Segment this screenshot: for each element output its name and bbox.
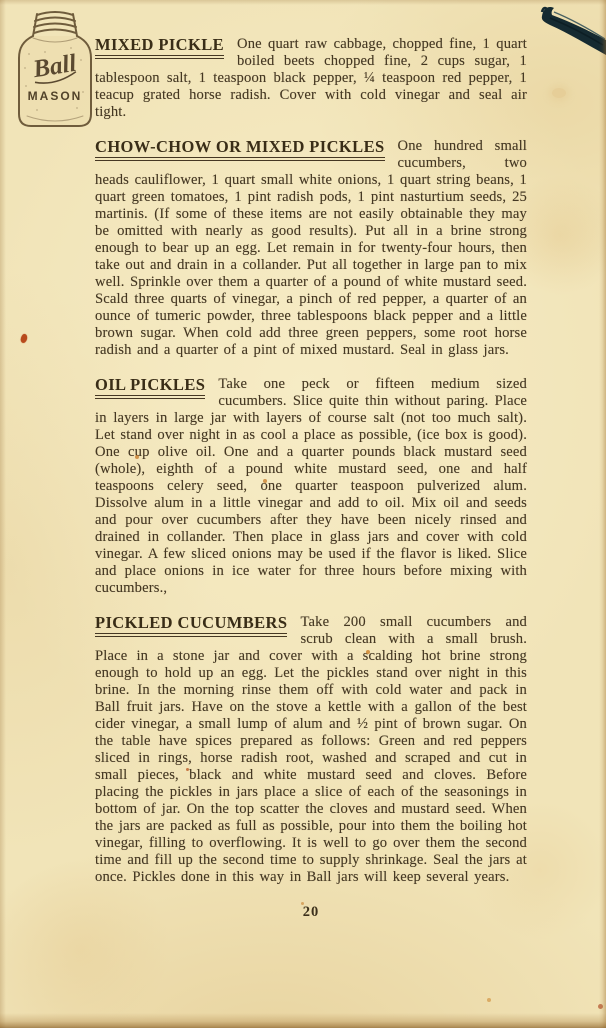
recipe-text: One hundred small cucumbers, two heads c… — [95, 138, 527, 359]
book-page: Ball MASON MIXED PICKLE One quart raw ca… — [0, 0, 606, 1028]
recipe-section-chow-chow: CHOW-CHOW OR MIXED PICKLES One hundred s… — [95, 138, 527, 359]
recipe-section-mixed-pickle: MIXED PICKLE One quart raw cabbage, chop… — [95, 36, 527, 121]
recipe-section-pickled-cucumbers: PICKLED CUCUMBERS Take 200 small cucumbe… — [95, 614, 527, 886]
recipe-title: PICKLED CUCUMBERS — [95, 614, 287, 648]
recipe-title: CHOW-CHOW OR MIXED PICKLES — [95, 138, 385, 172]
page-number: 20 — [303, 904, 320, 920]
recipe-text: Take one peck or fifteen medium sized cu… — [95, 376, 527, 597]
age-spot — [487, 998, 491, 1002]
page-content: MIXED PICKLE One quart raw cabbage, chop… — [0, 0, 606, 921]
recipe-title: OIL PICKLES — [95, 376, 205, 410]
recipe-section-oil-pickles: OIL PICKLES Take one peck or fifteen med… — [95, 376, 527, 597]
page-footer: 20 — [95, 903, 527, 921]
page-edge-bottom — [0, 1013, 606, 1028]
age-spot — [598, 1004, 603, 1009]
recipe-text: Take 200 small cucumbers and scrub clean… — [95, 614, 527, 886]
recipe-title: MIXED PICKLE — [95, 36, 224, 70]
